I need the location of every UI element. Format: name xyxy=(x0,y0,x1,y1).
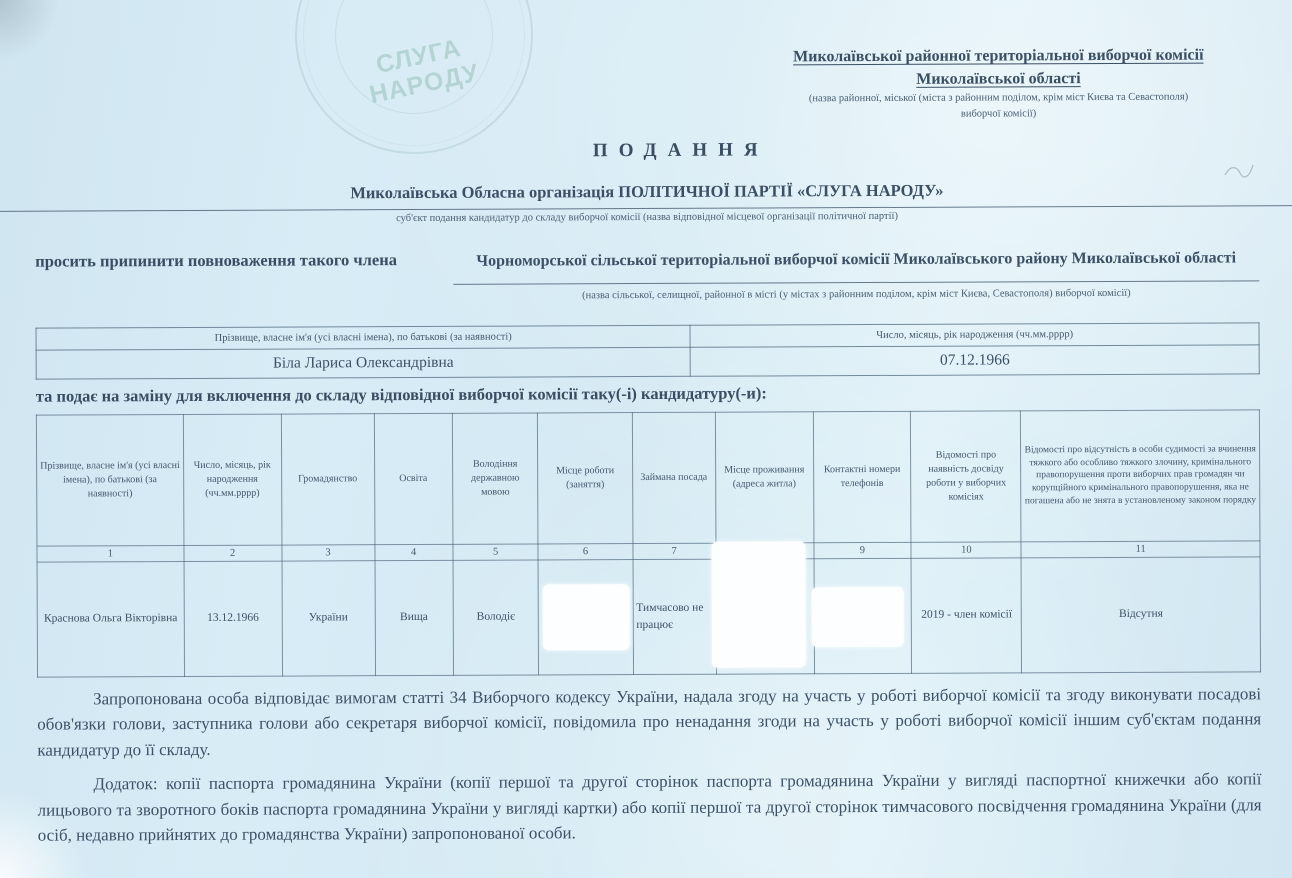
col-header-experience: Відомості про наявність досвіду роботи у… xyxy=(911,411,1022,542)
col-number: 3 xyxy=(282,545,375,561)
request-commission-block: Чорноморської сільської територіальної в… xyxy=(453,244,1259,302)
request-label: просить припинити повноваження такого чл… xyxy=(35,248,453,272)
col-header-language: Володіння державною мовою xyxy=(452,413,538,544)
col-number: 10 xyxy=(911,542,1021,558)
col-number: 11 xyxy=(1021,541,1260,558)
candidates-table-wrapper: Прізвище, власне ім'я (усі власні імена)… xyxy=(36,409,1261,677)
candidate-criminal-record: Відсутня xyxy=(1021,557,1260,673)
recipient-block: Миколаївської районної територіальної ви… xyxy=(738,0,1259,123)
redaction-block xyxy=(543,584,629,650)
col-header-citizenship: Громадянство xyxy=(281,414,375,545)
col-header-birthdate: Число, місяць, рік народження (чч.мм.ррр… xyxy=(183,414,281,545)
candidates-table: Прізвище, власне ім'я (усі власні імена)… xyxy=(36,409,1261,677)
member-birthdate: 07.12.1966 xyxy=(690,345,1259,376)
compliance-paragraph: Запропонована особа відповідає вимогам с… xyxy=(37,681,1261,763)
recipient-caption-line2: виборчої комісії) xyxy=(739,105,1259,123)
document-content: Миколаївської районної територіальної ви… xyxy=(0,0,1292,878)
member-birthdate-header: Число, місяць, рік народження (чч.мм.ррр… xyxy=(690,323,1259,347)
document-title: ПОДАННЯ xyxy=(69,137,1292,164)
col-number: 6 xyxy=(538,543,632,559)
subject-caption: суб'єкт подання кандидатур до складу виб… xyxy=(35,209,1259,225)
candidate-education: Вища xyxy=(375,560,454,675)
candidate-position: Тимчасово не працює xyxy=(633,559,717,674)
attachment-paragraph: Додаток: копії паспорта громадянина Укра… xyxy=(37,767,1261,849)
col-header-phones: Контактні номери телефонів xyxy=(813,411,911,542)
col-number: 1 xyxy=(37,545,184,562)
col-header-name: Прізвище, власне ім'я (усі власні імена)… xyxy=(36,414,183,546)
col-header-workplace: Місце роботи (заняття) xyxy=(538,412,633,543)
redaction-block xyxy=(811,587,904,647)
col-header-criminal-record: Відомості про відсутність в особи судимо… xyxy=(1021,410,1260,542)
recipient-oblast: Миколаївської області xyxy=(738,67,1258,92)
candidates-header-row: Прізвище, власне ім'я (усі власні імена)… xyxy=(36,410,1260,546)
candidate-citizenship: України xyxy=(282,561,375,676)
candidate-phones-redacted xyxy=(814,558,912,673)
recipient-commission-name: Миколаївської районної територіальної ви… xyxy=(738,43,1258,68)
member-table: Прізвище, власне ім'я (усі власні імена)… xyxy=(36,322,1260,379)
candidate-experience: 2019 - член комісії xyxy=(911,558,1022,673)
candidate-language: Володіє xyxy=(453,560,539,675)
replacement-statement: та подає на заміну для включення до скла… xyxy=(36,381,1260,406)
col-number: 5 xyxy=(453,544,539,560)
member-table-data-row: Біла Лариса Олександрівна 07.12.1966 xyxy=(36,345,1259,379)
col-number: 9 xyxy=(813,542,911,558)
candidate-name: Краснова Ольга Вікторівна xyxy=(37,561,184,677)
request-row: просить припинити повноваження такого чл… xyxy=(35,244,1259,303)
redaction-block xyxy=(711,541,805,667)
candidate-address-redacted xyxy=(716,559,814,674)
candidate-workplace-redacted xyxy=(538,559,633,674)
subject-organization-name: Миколаївська Обласна організація ПОЛІТИЧ… xyxy=(35,179,1259,204)
col-header-address: Місце проживання (адреса житла) xyxy=(715,412,813,543)
request-commission-name: Чорноморської сільської територіальної в… xyxy=(453,244,1259,285)
scanned-document-page: СЛУГА НАРОДУ Миколаївської районної тери… xyxy=(0,0,1292,878)
member-name-header: Прізвище, власне ім'я (усі власні імена)… xyxy=(36,325,690,350)
col-header-education: Освіта xyxy=(374,413,453,544)
col-number: 4 xyxy=(374,544,452,560)
candidate-birthdate: 13.12.1966 xyxy=(184,561,282,676)
col-number: 7 xyxy=(633,543,716,559)
member-name: Біла Лариса Олександрівна xyxy=(36,347,690,379)
request-caption: (назва сільської, селищної, районної в м… xyxy=(453,287,1259,302)
subject-line: Миколаївська Обласна організація ПОЛІТИЧ… xyxy=(0,179,1292,212)
col-header-position: Займана посада xyxy=(632,412,716,543)
recipient-caption-line1: (назва районної, міської (міста з районн… xyxy=(738,90,1258,108)
col-number: 2 xyxy=(184,545,282,561)
candidate-data-row: Краснова Ольга Вікторівна 13.12.1966 Укр… xyxy=(37,557,1260,677)
